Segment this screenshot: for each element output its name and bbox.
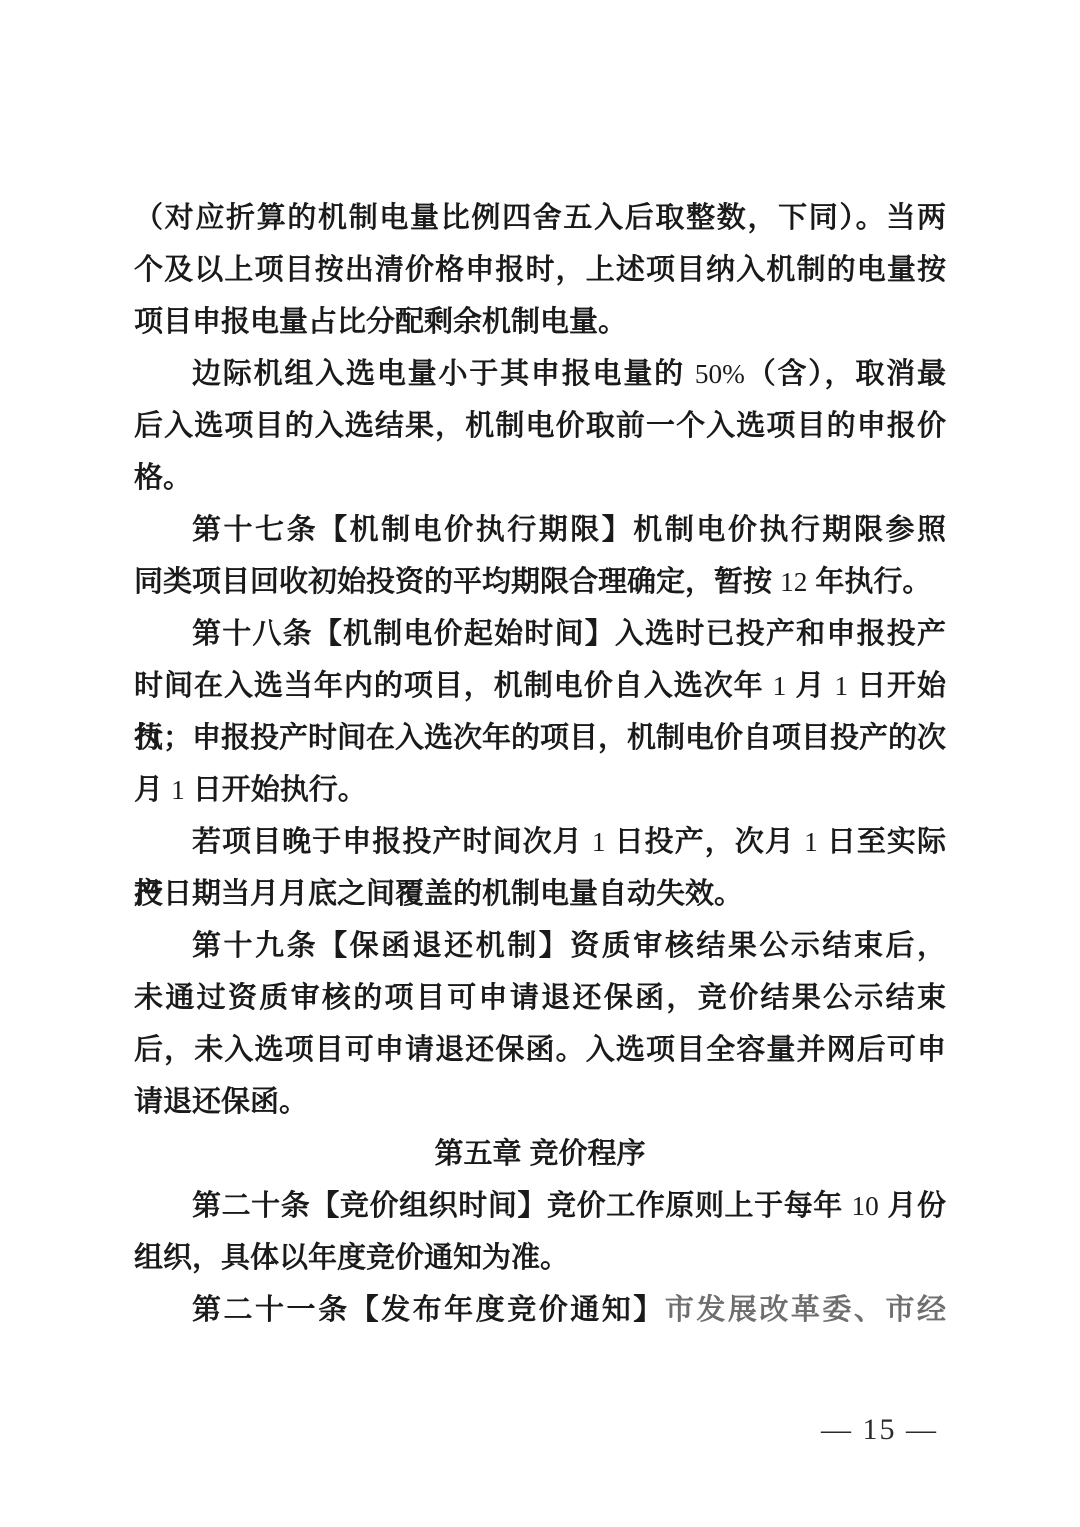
paragraph: 若项目晚于申报投产时间次月 1 日投产，次月 1 日至实际投产日期当月月底之间覆… (134, 816, 946, 920)
document-page: （对应折算的机制电量比例四舍五入后取整数，下同）。当两个及以上项目按出清价格申报… (0, 0, 1080, 1527)
text-line: 行；申报投产时间在入选次年的项目，机制电价自项目投产的次 (134, 712, 946, 764)
numeral: 1 (834, 671, 848, 701)
text-line: 第五章 竞价程序 (134, 1128, 946, 1180)
page-number: — 15 — (821, 1412, 938, 1448)
text-line: 同类项目回收初始投资的平均期限合理确定，暂按 12 年执行。 (134, 556, 946, 608)
black-text: 第二十一条【发布年度竞价通知】 (192, 1294, 665, 1326)
text-line: 个及以上项目按出清价格申报时，上述项目纳入机制的电量按 (134, 244, 946, 296)
numeral: 10 (852, 1191, 879, 1221)
text-line: 时间在入选当年内的项目，机制电价自入选次年 1 月 1 日开始执 (134, 660, 946, 712)
text-line: 产日期当月月底之间覆盖的机制电量自动失效。 (134, 868, 946, 920)
paragraph: 边际机组入选电量小于其申报电量的 50%（含），取消最后入选项目的入选结果，机制… (134, 348, 946, 504)
document-body: （对应折算的机制电量比例四舍五入后取整数，下同）。当两个及以上项目按出清价格申报… (134, 192, 946, 1336)
gray-text: 市发展改革委、市经 (665, 1294, 946, 1326)
numeral: 1 (171, 775, 185, 805)
text-line: 若项目晚于申报投产时间次月 1 日投产，次月 1 日至实际投 (134, 816, 946, 868)
numeral: 1 (804, 827, 818, 857)
numeral: 1 (773, 671, 787, 701)
text-line: 格。 (134, 452, 946, 504)
text-line: 边际机组入选电量小于其申报电量的 50%（含），取消最 (134, 348, 946, 400)
chapter-heading: 第五章 竞价程序 (134, 1128, 946, 1180)
text-line: 第十七条【机制电价执行期限】机制电价执行期限参照 (134, 504, 946, 556)
text-line: 第二十一条【发布年度竞价通知】市发展改革委、市经 (134, 1284, 946, 1336)
text-line: 后入选项目的入选结果，机制电价取前一个入选项目的申报价 (134, 400, 946, 452)
text-line: 第十八条【机制电价起始时间】入选时已投产和申报投产 (134, 608, 946, 660)
paragraph: 第十八条【机制电价起始时间】入选时已投产和申报投产时间在入选当年内的项目，机制电… (134, 608, 946, 816)
text-line: 第二十条【竞价组织时间】竞价工作原则上于每年 10 月份 (134, 1180, 946, 1232)
text-line: 未通过资质审核的项目可申请退还保函，竞价结果公示结束 (134, 972, 946, 1024)
text-line: 项目申报电量占比分配剩余机制电量。 (134, 296, 946, 348)
text-line: 第十九条【保函退还机制】资质审核结果公示结束后， (134, 920, 946, 972)
numeral: 12 (780, 567, 807, 597)
numeral: 50% (695, 359, 745, 389)
paragraph: 第二十条【竞价组织时间】竞价工作原则上于每年 10 月份组织，具体以年度竞价通知… (134, 1180, 946, 1284)
text-line: 月 1 日开始执行。 (134, 764, 946, 816)
text-line: 组织，具体以年度竞价通知为准。 (134, 1232, 946, 1284)
text-line: 后，未入选项目可申请退还保函。入选项目全容量并网后可申 (134, 1024, 946, 1076)
numeral: 1 (592, 827, 606, 857)
text-line: 请退还保函。 (134, 1076, 946, 1128)
paragraph: 第十七条【机制电价执行期限】机制电价执行期限参照同类项目回收初始投资的平均期限合… (134, 504, 946, 608)
paragraph: （对应折算的机制电量比例四舍五入后取整数，下同）。当两个及以上项目按出清价格申报… (134, 192, 946, 348)
text-line: （对应折算的机制电量比例四舍五入后取整数，下同）。当两 (134, 192, 946, 244)
paragraph: 第二十一条【发布年度竞价通知】市发展改革委、市经 (134, 1284, 946, 1336)
paragraph: 第十九条【保函退还机制】资质审核结果公示结束后，未通过资质审核的项目可申请退还保… (134, 920, 946, 1128)
